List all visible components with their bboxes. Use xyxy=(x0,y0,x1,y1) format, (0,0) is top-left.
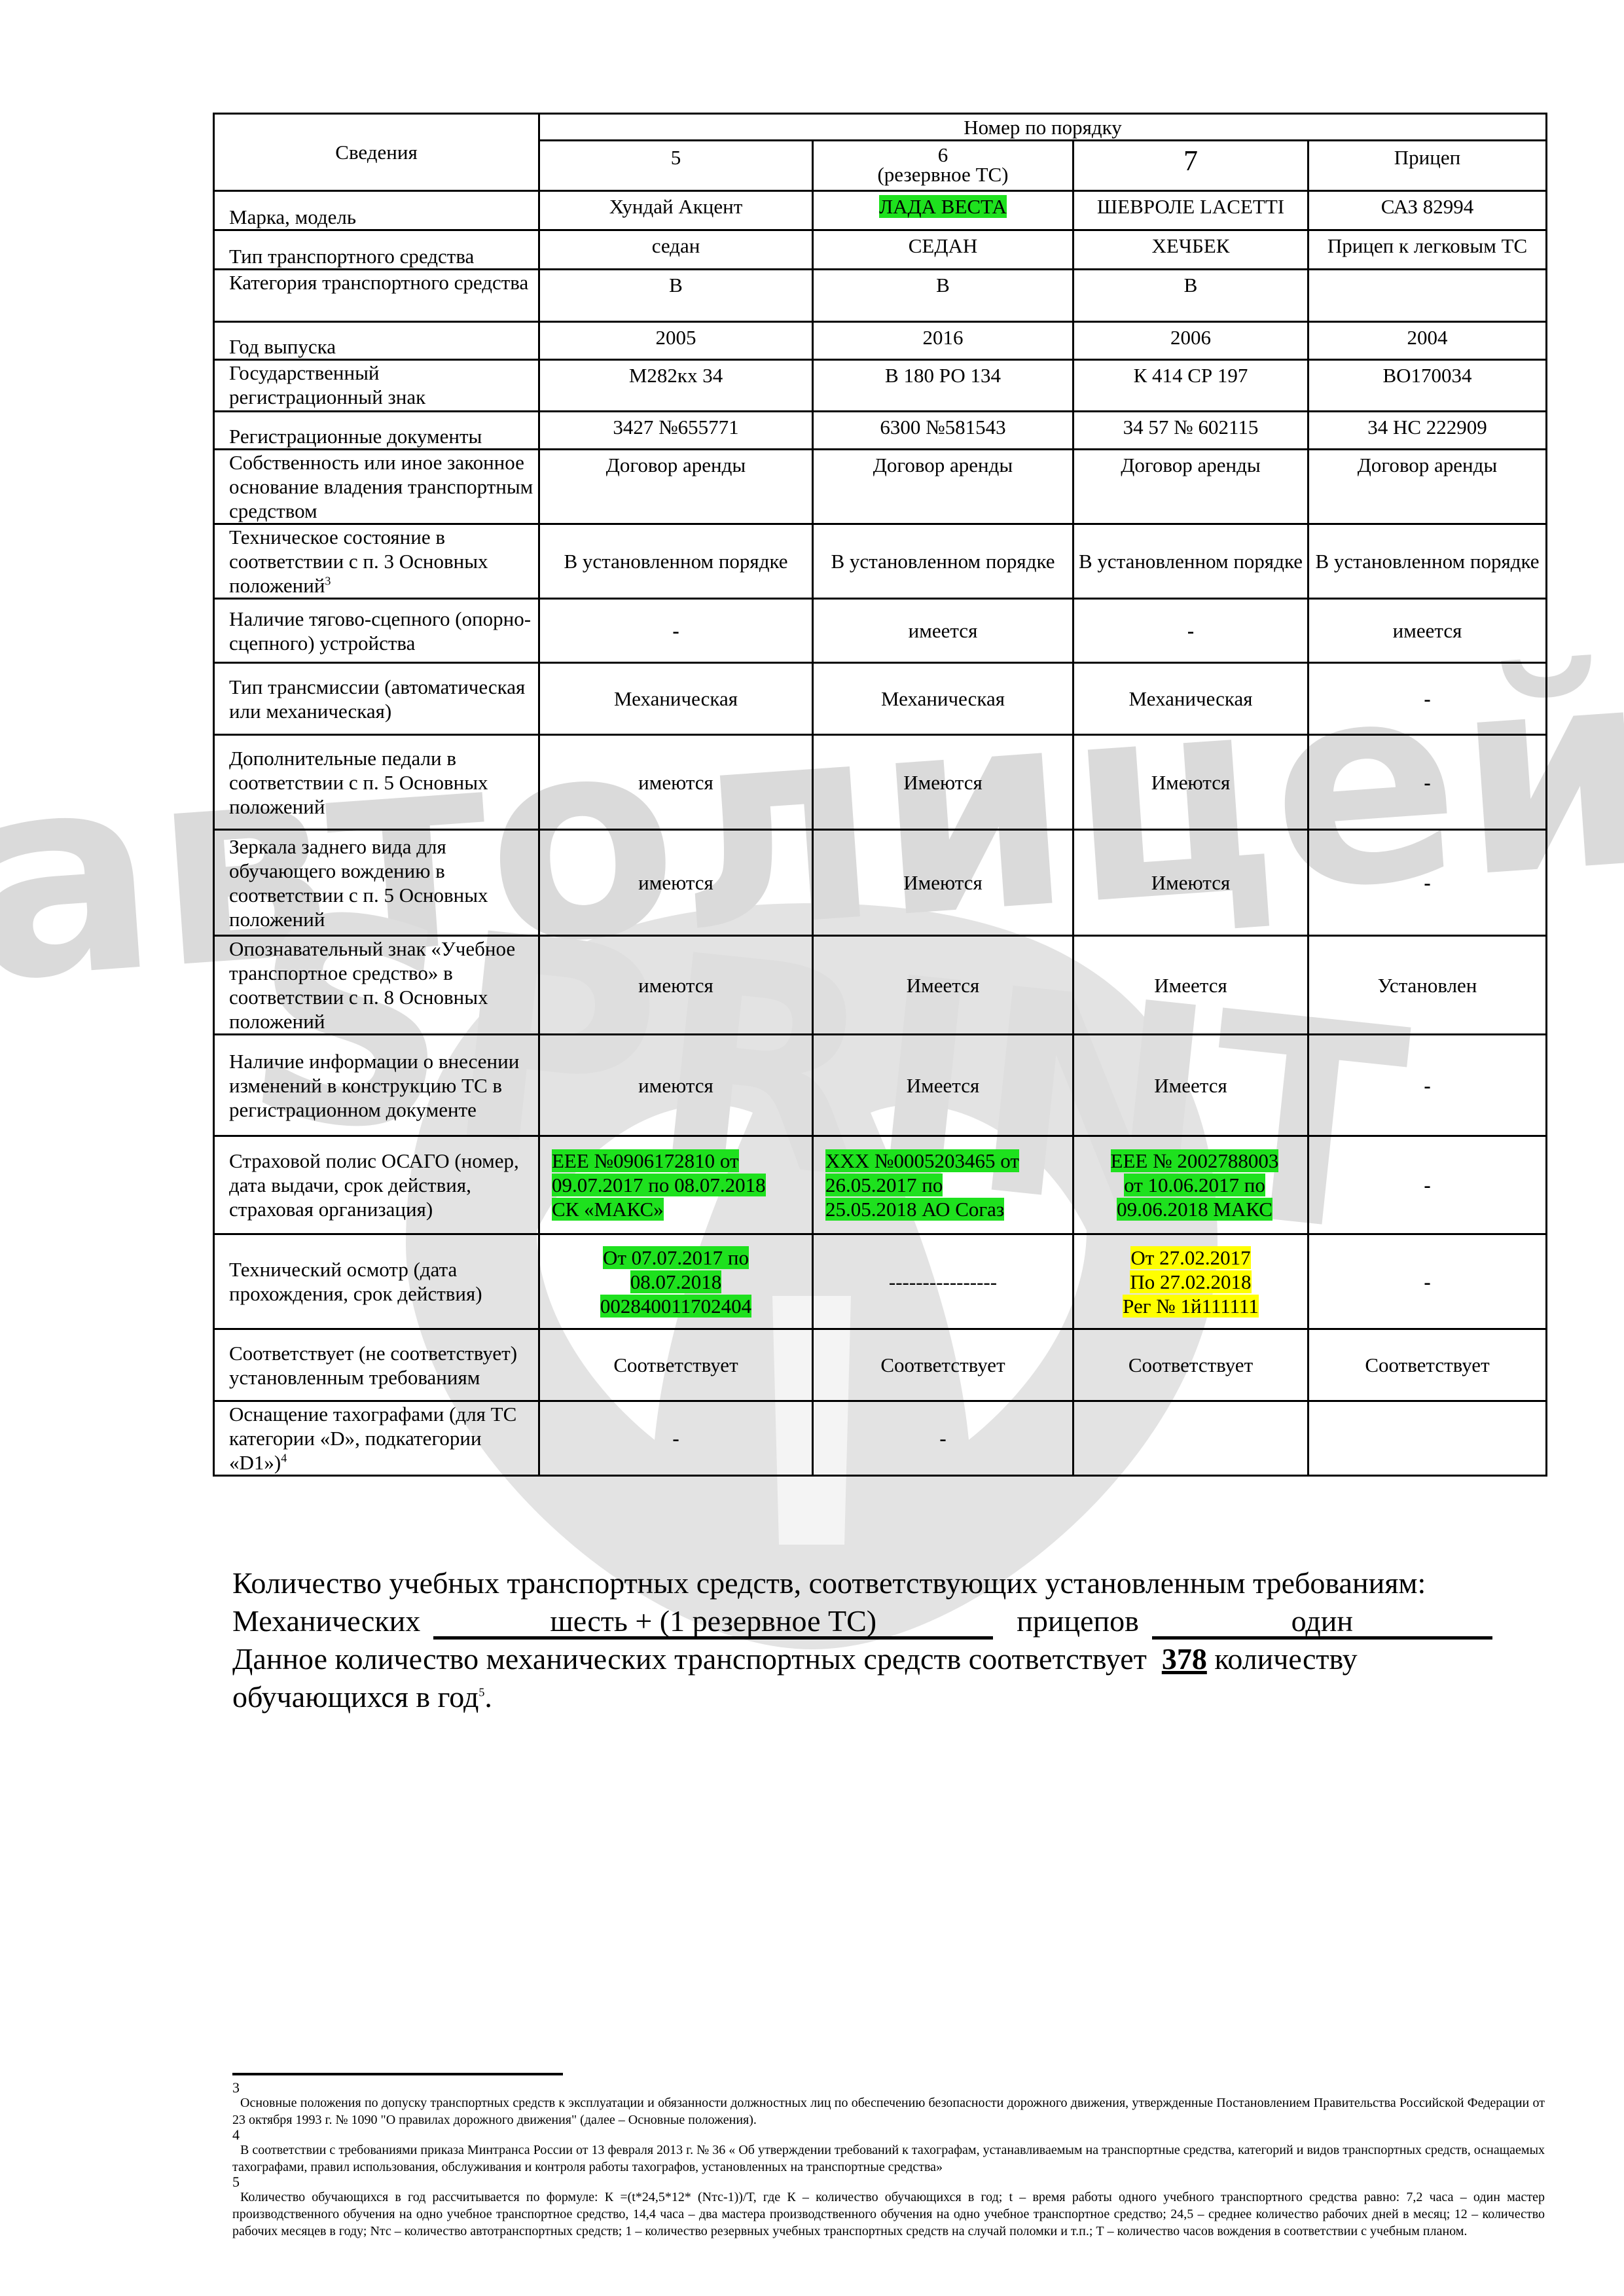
table-cell: 2004 xyxy=(1308,322,1547,360)
table-cell: имеются xyxy=(539,1035,813,1136)
table-cell: Имеется xyxy=(813,1035,1074,1136)
table-cell: Имеется xyxy=(1074,1035,1308,1136)
footnote-separator xyxy=(232,2073,563,2075)
students-count: 378 xyxy=(1162,1642,1207,1676)
table-cell: В установленном порядке xyxy=(1308,524,1547,599)
table-cell: - xyxy=(813,1401,1074,1476)
row-label: Государственный регистрационный знак xyxy=(214,360,539,412)
row-label: Категория транспортного средства xyxy=(214,270,539,322)
table-cell: Договор аренды xyxy=(539,450,813,524)
table-cell: 34 НС 222909 xyxy=(1308,412,1547,450)
table-cell: имеется xyxy=(813,599,1074,663)
row-label: Тип трансмиссии (автоматическая или меха… xyxy=(214,663,539,735)
table-cell: ЕЕЕ № 2002788003от 10.06.2017 по09.06.20… xyxy=(1074,1136,1308,1234)
table-cell: 2006 xyxy=(1074,322,1308,360)
table-cell: седан xyxy=(539,230,813,270)
footnote-text: Количество обучающихся в год рассчитывае… xyxy=(232,2189,1545,2240)
table-cell: имеются xyxy=(539,936,813,1035)
trailers-value-field: один xyxy=(1152,1606,1492,1640)
table-cell: ШЕВРОЛЕ LACETTI xyxy=(1074,191,1308,230)
table-cell: Механическая xyxy=(813,663,1074,735)
footnote-text: Основные положения по допуску транспортн… xyxy=(232,2094,1545,2128)
row-label: Наличие тягово-сцепного (опорно-сцепного… xyxy=(214,599,539,663)
table-row: Дополнительные педали в соответствии с п… xyxy=(214,735,1547,830)
table-cell: ---------------- xyxy=(813,1234,1074,1329)
row-label: Соответствует (не соответствует) установ… xyxy=(214,1329,539,1401)
table-cell: Соответствует xyxy=(1308,1329,1547,1401)
row-label: Техническое состояние в соответствии с п… xyxy=(214,524,539,599)
table-cell: - xyxy=(539,1401,813,1476)
row-label: Страховой полис ОСАГО (номер, дата выдач… xyxy=(214,1136,539,1234)
table-cell: B xyxy=(539,270,813,322)
footnote-number: 3 xyxy=(232,2081,1545,2094)
table-cell: В установленном порядке xyxy=(1074,524,1308,599)
header-col-5: 5 xyxy=(539,141,813,191)
footnote-ref[interactable]: 4 xyxy=(281,1452,287,1465)
table-cell: Механическая xyxy=(1074,663,1308,735)
footnote-ref[interactable]: 3 xyxy=(325,575,331,588)
table-cell: - xyxy=(1308,1035,1547,1136)
table-cell: В установленном порядке xyxy=(539,524,813,599)
table-cell: Имеются xyxy=(813,735,1074,830)
summary-line-4: обучающихся в год5. xyxy=(232,1678,1542,1716)
row-label: Собственность или иное законное основани… xyxy=(214,450,539,524)
table-row: Опознавательный знак «Учебное транспортн… xyxy=(214,936,1547,1035)
table-row: Тип трансмиссии (автоматическая или меха… xyxy=(214,663,1547,735)
header-col-6: 6(резервное ТС) xyxy=(813,141,1074,191)
table-cell: ЛАДА ВЕСТА xyxy=(813,191,1074,230)
table-row: Регистрационные документы3427 №655771630… xyxy=(214,412,1547,450)
summary-line-1: Количество учебных транспортных средств,… xyxy=(232,1564,1542,1602)
header-col-7: 7 xyxy=(1074,141,1308,191)
table-row: Категория транспортного средстваBBB xyxy=(214,270,1547,322)
summary-line-3: Данное количество механических транспорт… xyxy=(232,1640,1542,1678)
table-cell: Соответствует xyxy=(539,1329,813,1401)
table-cell: ВО170034 xyxy=(1308,360,1547,412)
table-cell: Механическая xyxy=(539,663,813,735)
table-cell: Договор аренды xyxy=(813,450,1074,524)
summary-line-2: Механическихшесть + (1 резервное ТС)приц… xyxy=(232,1602,1542,1640)
footnotes: 3Основные положения по допуску транспорт… xyxy=(232,2081,1545,2240)
footnote-text: В соответствии с требованиями приказа Ми… xyxy=(232,2142,1545,2176)
table-row: Наличие информации о внесении изменений … xyxy=(214,1035,1547,1136)
table-cell: - xyxy=(1308,663,1547,735)
table-cell: 2005 xyxy=(539,322,813,360)
summary-block: Количество учебных транспортных средств,… xyxy=(232,1564,1542,1716)
table-cell: САЗ 82994 xyxy=(1308,191,1547,230)
row-label: Тип транспортного средства xyxy=(214,230,539,270)
table-cell: В 180 РО 134 xyxy=(813,360,1074,412)
table-cell xyxy=(1308,1401,1547,1476)
table-cell: ХЕЧБЕК xyxy=(1074,230,1308,270)
table-row: Оснащение тахографами (для ТС категории … xyxy=(214,1401,1547,1476)
footnote-number: 4 xyxy=(232,2128,1545,2142)
table-cell: От 07.07.2017 по08.07.201800284001170240… xyxy=(539,1234,813,1329)
row-label: Зеркала заднего вида для обучающего вожд… xyxy=(214,830,539,936)
table-cell: ЕЕЕ №0906172810 от09.07.2017 по 08.07.20… xyxy=(539,1136,813,1234)
table-cell: 2016 xyxy=(813,322,1074,360)
table-cell: имеется xyxy=(1308,599,1547,663)
footnote: 5Количество обучающихся в год рассчитыва… xyxy=(232,2176,1545,2240)
table-row: Техническое состояние в соответствии с п… xyxy=(214,524,1547,599)
table-row: Тип транспортного средстваседанСЕДАНХЕЧБ… xyxy=(214,230,1547,270)
table-cell: B xyxy=(1074,270,1308,322)
table-cell: От 27.02.2017По 27.02.2018Рег № 1й111111 xyxy=(1074,1234,1308,1329)
table-cell: 34 57 № 602115 xyxy=(1074,412,1308,450)
footnote-number: 5 xyxy=(232,2176,1545,2189)
row-label: Регистрационные документы xyxy=(214,412,539,450)
row-label: Оснащение тахографами (для ТС категории … xyxy=(214,1401,539,1476)
table-cell: B xyxy=(813,270,1074,322)
table-cell: Имеются xyxy=(813,830,1074,936)
table-row: Соответствует (не соответствует) установ… xyxy=(214,1329,1547,1401)
row-label: Год выпуска xyxy=(214,322,539,360)
footnote: 4В соответствии с требованиями приказа М… xyxy=(232,2128,1545,2176)
table-cell: Имеются xyxy=(1074,735,1308,830)
table-row: Год выпуска2005201620062004 xyxy=(214,322,1547,360)
table-cell: 3427 №655771 xyxy=(539,412,813,450)
table-cell: М282кх 34 xyxy=(539,360,813,412)
table-cell: имеются xyxy=(539,830,813,936)
header-number-group: Номер по порядку xyxy=(539,114,1547,141)
trailers-label: прицепов xyxy=(1017,1604,1139,1638)
table-cell: имеются xyxy=(539,735,813,830)
table-cell: СЕДАН xyxy=(813,230,1074,270)
mech-value-field: шесть + (1 резервное ТС) xyxy=(433,1606,993,1640)
table-cell: Договор аренды xyxy=(1308,450,1547,524)
table-cell: ХХХ №0005203465 от26.05.2017 по25.05.201… xyxy=(813,1136,1074,1234)
table-row: Марка, модельХундай АкцентЛАДА ВЕСТАШЕВР… xyxy=(214,191,1547,230)
table-cell: - xyxy=(1308,735,1547,830)
header-col-trailer: Прицеп xyxy=(1308,141,1547,191)
table-cell xyxy=(1074,1401,1308,1476)
table-cell: - xyxy=(1308,1136,1547,1234)
table-row: Технический осмотр (дата прохождения, ср… xyxy=(214,1234,1547,1329)
row-label: Наличие информации о внесении изменений … xyxy=(214,1035,539,1136)
row-label: Марка, модель xyxy=(214,191,539,230)
table-row: Наличие тягово-сцепного (опорно-сцепного… xyxy=(214,599,1547,663)
table-cell: Соответствует xyxy=(813,1329,1074,1401)
table-cell: 6300 №581543 xyxy=(813,412,1074,450)
row-label: Дополнительные педали в соответствии с п… xyxy=(214,735,539,830)
table-row: Зеркала заднего вида для обучающего вожд… xyxy=(214,830,1547,936)
header-row-1: Сведения Номер по порядку xyxy=(214,114,1547,141)
table-row: Собственность или иное законное основани… xyxy=(214,450,1547,524)
table-cell: Соответствует xyxy=(1074,1329,1308,1401)
table-cell: Имеются xyxy=(1074,830,1308,936)
table-row: Страховой полис ОСАГО (номер, дата выдач… xyxy=(214,1136,1547,1234)
table-cell xyxy=(1308,270,1547,322)
table-cell: Установлен xyxy=(1308,936,1547,1035)
row-label: Технический осмотр (дата прохождения, ср… xyxy=(214,1234,539,1329)
table-cell: - xyxy=(1308,830,1547,936)
table-cell: В установленном порядке xyxy=(813,524,1074,599)
footnote: 3Основные положения по допуску транспорт… xyxy=(232,2081,1545,2128)
vehicles-table: Сведения Номер по порядку 5 6(резервное … xyxy=(213,113,1547,1477)
table-row: Государственный регистрационный знакМ282… xyxy=(214,360,1547,412)
table-cell: Прицеп к легковым ТС xyxy=(1308,230,1547,270)
table-cell: - xyxy=(539,599,813,663)
mech-label: Механических xyxy=(232,1604,420,1638)
table-cell: Договор аренды xyxy=(1074,450,1308,524)
table-cell: Имеется xyxy=(813,936,1074,1035)
table-cell: - xyxy=(1074,599,1308,663)
row-label: Опознавательный знак «Учебное транспортн… xyxy=(214,936,539,1035)
header-info: Сведения xyxy=(214,114,539,191)
table-cell: - xyxy=(1308,1234,1547,1329)
table-cell: К 414 СР 197 xyxy=(1074,360,1308,412)
table-cell: Имеется xyxy=(1074,936,1308,1035)
table-cell: Хундай Акцент xyxy=(539,191,813,230)
